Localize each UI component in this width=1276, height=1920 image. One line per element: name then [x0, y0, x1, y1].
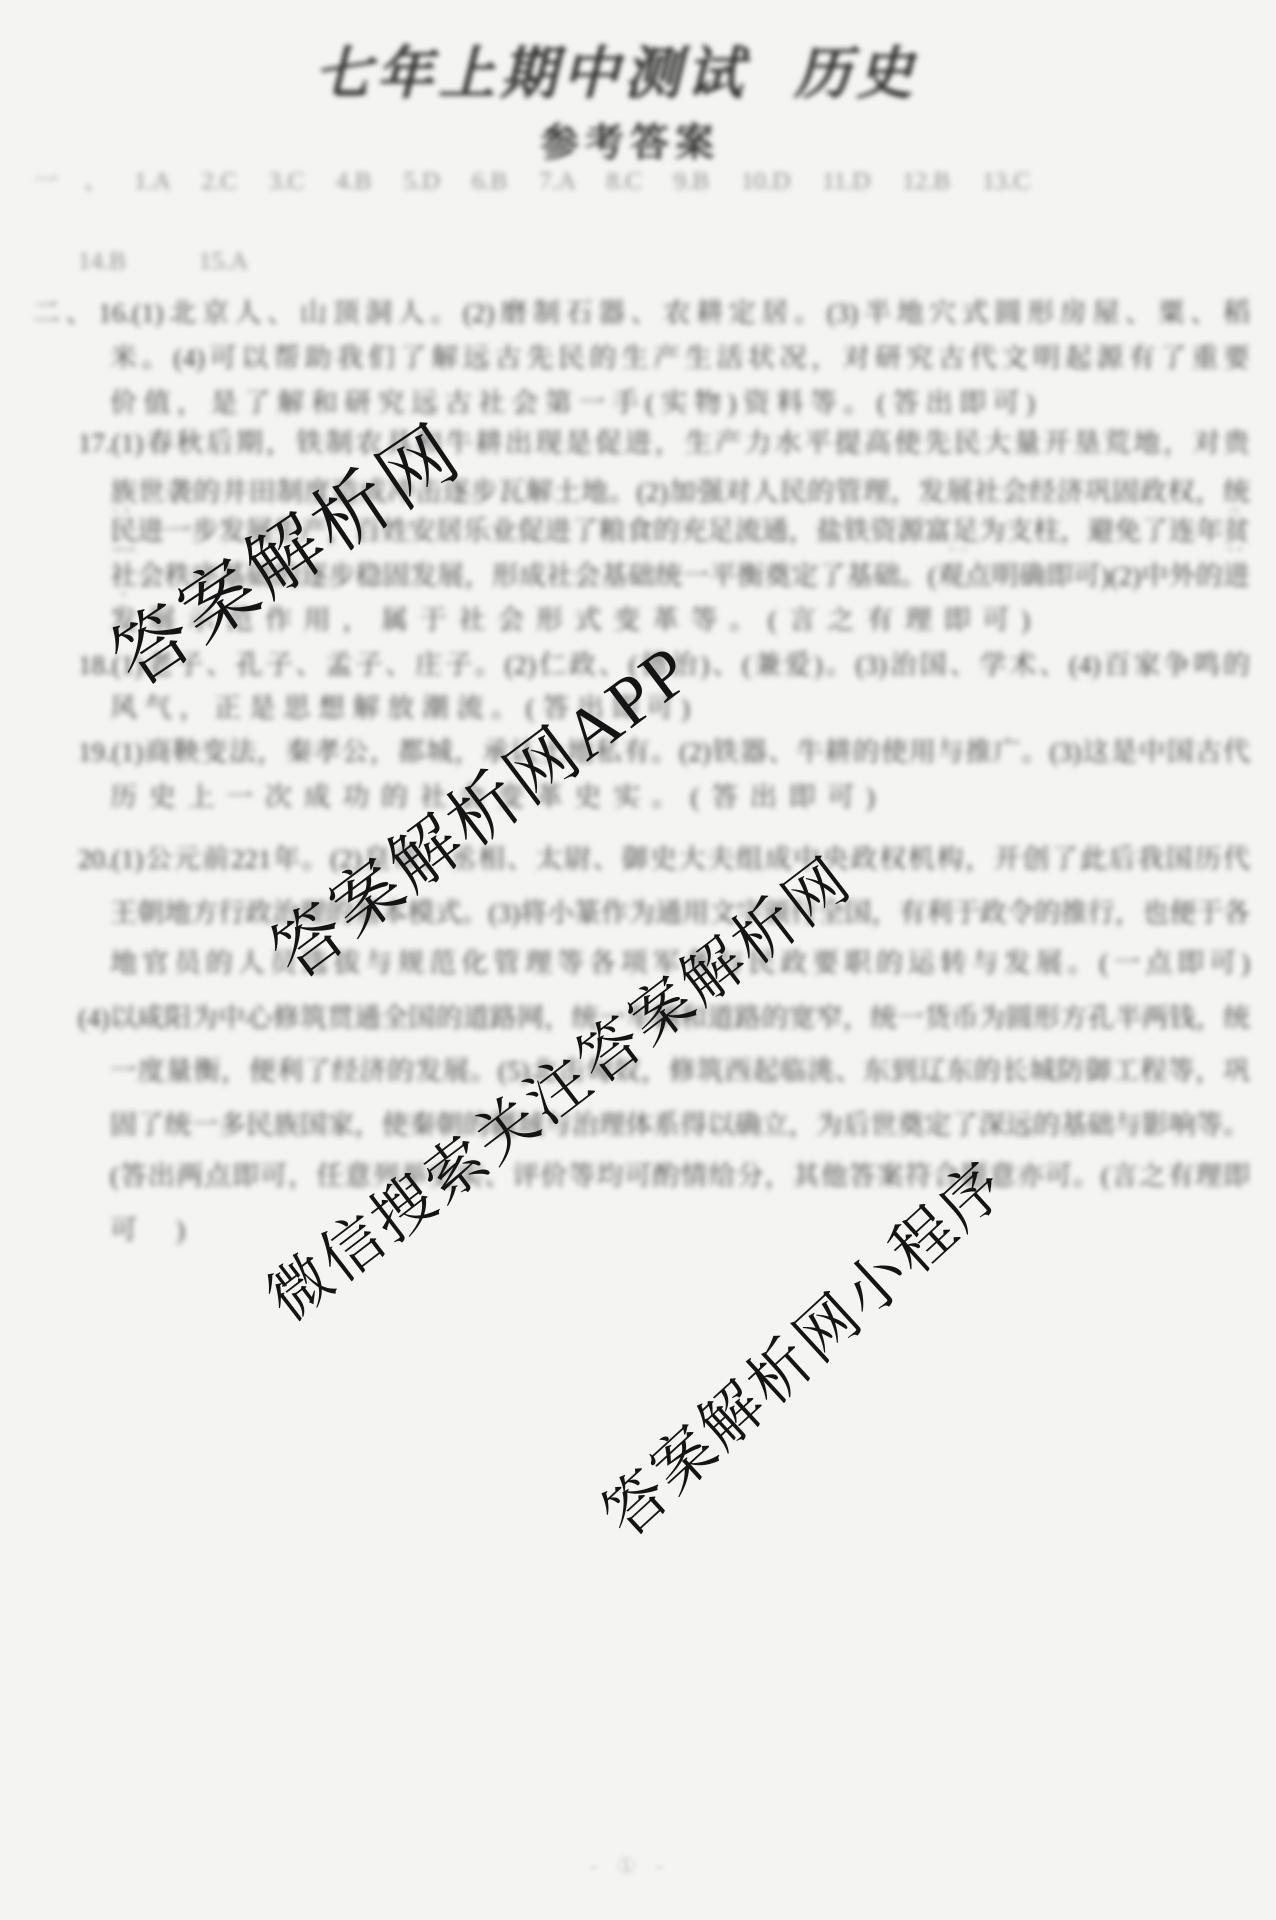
- body-line: (答出两点即可，任意列举史实、评价等均可酌情给分，其他答案符合题意亦可。(言之有…: [110, 1161, 1250, 1195]
- exam-subject: 历史: [794, 43, 918, 106]
- page-number: - ① -: [590, 1853, 670, 1879]
- body-line: 米。(4)可以帮助我们了解远古先民的生产生活状况，对研究古代文明起源有了重要: [110, 343, 1250, 377]
- scanned-answer-sheet-page: 七年上期中测试历史 参考答案 一、1.A 2.C 3.C 4.B 5.D 6.B…: [0, 0, 1276, 1920]
- exam-title: 七年上期中测试历史: [314, 28, 918, 110]
- body-line: 19.(1)商鞅变法，秦孝公，都城，承认土地私有。(2)铁器、牛耕的使用与推广。…: [78, 737, 1250, 771]
- choice-answers-row-2: 14.B 15.A: [78, 248, 248, 276]
- answers-heading: 参考答案: [540, 112, 720, 168]
- exam-title-text: 七年上期中测试: [314, 43, 748, 106]
- body-line: 价值，是了解和研究远古社会第一手(实物)资料等。(答出即可): [110, 388, 1035, 422]
- body-line: 一度量衡，便利了经济的发展。(5)北击匈奴，修筑西起临洮、东到辽东的长城防御工程…: [110, 1056, 1250, 1090]
- body-line: 可): [110, 1215, 185, 1249]
- body-line: 17.(1)春秋后期，铁制农具和牛耕出现是促进，生产力水平提高使先民大量开垦荒地…: [78, 428, 1250, 462]
- body-line: 固了统一多民族国家，使秦朝的疆域与治理体系得以确立，为后世奠定了深远的基础与影响…: [110, 1110, 1250, 1144]
- choice-answers-row-1: 一、1.A 2.C 3.C 4.B 5.D 6.B 7.A 8.C 9.B 10…: [33, 168, 1030, 196]
- watermark-answer-site-miniapp: 答案解析网小程序: [579, 1137, 1023, 1554]
- body-line: 二、16.(1)北京人、山顶洞人。(2)磨制石器、农耕定居。(3)半地穴式圆形房…: [33, 298, 1250, 332]
- body-line: 20.(1)公元前221年。(2)皇帝、丞相、太尉、御史大夫组成中央政权机构，开…: [78, 844, 1250, 878]
